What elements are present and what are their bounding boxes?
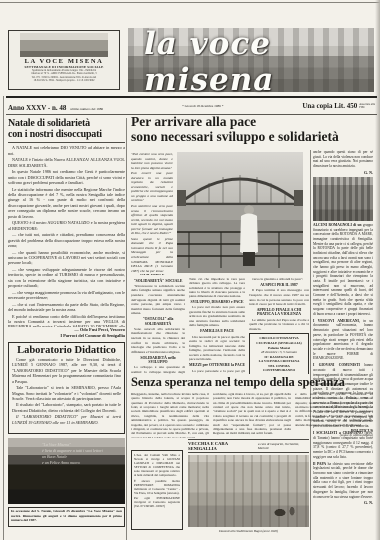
feature-title: VECCHIA E CARA SENIGALLIA — [188, 441, 256, 451]
paragraph: Il Papa termina il suo messaggio con l'a… — [249, 288, 309, 306]
subhead: SOLIDARIETÀ nello SVILUPPO — [131, 356, 185, 365]
article-title-line: con i nostri disoccupati — [8, 129, 125, 140]
greeting-text: "La Voce Misena" è lieta di augurare a t… — [42, 442, 103, 466]
page-fold-rule — [3, 96, 4, 540]
brief-text: hanno accusato di nuovo tutti i temporeg… — [313, 363, 373, 428]
sea-greeting-photo: "La Voce Misena" è lieta di augurare a t… — [8, 438, 125, 504]
laboratorio-box: Laboratorio Didattico Come già comunicat… — [8, 342, 125, 434]
article-column: sorridente, ogni mano è lavoro, si sa, p… — [213, 392, 291, 438]
subhead: APPELLO FINALE A CHI PRATICA LA VIOLENZA — [249, 308, 309, 317]
paragraph: Il risultato del "Laboratorio", stampato… — [12, 402, 121, 413]
bullet-item: — che si curi l'interessamento da parte … — [8, 302, 125, 313]
caption-body: gruppo finanziario si sarebbero impegnat… — [313, 223, 373, 316]
paragraph: L'Ass. dei Comuni Valli Misa e Nevola si… — [134, 453, 180, 477]
photo-caption: ALCUNI ROMAGNOLI di un gruppo finanziari… — [313, 223, 373, 316]
brief-lead: Il PAPA — [313, 462, 326, 466]
holiday-notice-box: In occasione del S. Natale, Giovedì 25 d… — [8, 507, 125, 527]
paragraph: In questo Natale 1986 noi crediamo che G… — [8, 169, 125, 185]
paragraph: A NATALE noi celebriamo DIO VENUTO ad ab… — [8, 145, 125, 156]
news-brief: Il PAPA ha chiesto una revisione delle l… — [313, 462, 373, 499]
brief-text: (prov. di Taranto) hanno conquistato una… — [313, 431, 373, 458]
news-brief: I GIOVANI COMUNISTI hanno accusato di nu… — [313, 363, 373, 428]
brief-lead: I GIOVANI COMUNISTI — [313, 363, 360, 367]
feature-curators: a cura di Gasparini, Occhialini, Mariott… — [258, 442, 309, 450]
subhead: "SOLIDARIETÀ" SOCIALE — [131, 279, 185, 283]
issue-number: Anno XXXV - n. 48 — [8, 104, 66, 112]
paragraph: Tale "Laboratorio" si terrà in SEMINARIO… — [12, 385, 121, 401]
left-column: Natale di solidarietà con i nostri disoc… — [8, 118, 125, 540]
article-body: A NATALE noi celebriamo DIO VENUTO ad ab… — [8, 145, 125, 327]
paragraph: E poiché ci rendiamo conto delle diffico… — [8, 314, 125, 328]
subhead: SVILUPPO, DISARMO e PACE — [189, 300, 245, 304]
greeting-line: e un Felice Anno nuovo — [42, 460, 103, 466]
paragraph: Sono ostacoli alla solidarietà le manife… — [131, 327, 185, 354]
paragraph: Il "LABORATORIO DIDATTICO" per Maestri s… — [12, 414, 121, 425]
paragraph: Le ultime parole del Papa sono rivolte a… — [249, 318, 309, 332]
brief-lead: I VESCOVI AMERICANI, — [313, 319, 360, 323]
subhead: MEZZI per OTTENERE la PACE — [189, 363, 245, 367]
bullet-item: — che tutti noi, autorità e cittadini, p… — [8, 232, 125, 248]
pope-photo-caption: Tutto ciò che impedisce la vera pace dic… — [189, 277, 245, 298]
paragraph: È ancora possibile inoltre PRESENTARE DO… — [134, 479, 180, 495]
bullet-item: — che vengano sviluppate adeguatamente l… — [8, 267, 125, 289]
logo-title: LA VOCE MISENA — [12, 58, 116, 65]
page-edge-shade — [375, 0, 380, 540]
copy-price: Una copia Lit. 450 — [302, 102, 357, 110]
paragraph: Lo sviluppo è una questione di uomini: l… — [131, 365, 185, 374]
main-headline: Per arrivare alla pace sono necessari sv… — [131, 115, 374, 145]
brief-lead: I SOCIALISTI a CRISPIANO — [313, 431, 363, 435]
cinema-org: CULTURALE (SENIGALLIA) — [251, 341, 307, 346]
subhead: "OSTACOLI" alla SOLIDARIETÀ — [131, 317, 185, 326]
paragraph: La pace personale e la pace per gli altr… — [189, 369, 245, 374]
bullet-item: — che quanti hanno possibilità economich… — [8, 250, 125, 266]
paragraph: Come già comunicato a tutte le Direzioni… — [12, 357, 121, 384]
feature-header: VECCHIA E CARA SENIGALLIA a cura di Gasp… — [188, 439, 309, 453]
masthead-title: la voce misena — [144, 26, 374, 98]
paragraph: Può stabilirsi una vera pace senza il ri… — [131, 204, 173, 236]
logo-address-line: 18.XI.1952 n. 3394 - Stampa in proprio -… — [12, 79, 116, 82]
pope-bridge-photo — [177, 152, 303, 273]
pace-intro-column: "Può esistere una vera pace, quando uomi… — [131, 152, 173, 275]
theme-subhead: "SVILUPPO E SOLIDARIETÀ, DUE CHIAVI DELL… — [131, 274, 173, 275]
brief-text: ha chiesto una revisione delle legislazi… — [313, 462, 373, 499]
cinema-films-intro: 3 Films di Ermanno Olmi: — [251, 373, 307, 374]
group-photo — [313, 177, 373, 221]
issue-date: * Giovedì 18 dicembre 1986 * — [182, 104, 223, 108]
page-top-rule — [0, 2, 380, 3]
signature: G. N. — [313, 500, 373, 505]
paragraph: Le statistiche informano che mentre nell… — [8, 187, 125, 220]
news-brief: I VESCOVI AMERICANI, in un documento sul… — [313, 319, 373, 361]
paragraph: "Può esistere una vera pace, quando uomi… — [131, 152, 173, 170]
masthead-photo: la voce misena — [128, 28, 374, 92]
historic-photo — [188, 455, 309, 527]
news-brief: I SOCIALISTI a CRISPIANO (prov. di Taran… — [313, 431, 373, 459]
paragraph: Può esserci una pace duratura in un mond… — [131, 171, 173, 203]
pace-column-b: Tutto ciò che impedisce la vera pace dic… — [189, 277, 245, 374]
historic-photo-caption: Davanti allo Stabilimento Bagni (anni 19… — [188, 529, 309, 533]
masthead-logo-box: LA VOCE MISENA SETTIMANALE DI INFORMAZIO… — [8, 30, 120, 90]
paragraph: anche quando questi siano di per sé gius… — [313, 150, 373, 169]
article-natale: Natale di solidarietà con i nostri disoc… — [8, 118, 125, 339]
right-column: anche quando questi siano di per sé gius… — [313, 150, 373, 540]
signature: I Parroci del Comune di Senigallia — [8, 333, 125, 339]
paragraph: NATALE è l'inizio della Nuova ALLEANZA! … — [8, 157, 125, 168]
cinema-ad-box: CIRCOLO D'INIZIATIVA CULTURALE (SENIGALL… — [249, 333, 309, 374]
pace-column-c: verso la giustizia e abbondi la pace". A… — [249, 277, 309, 374]
issue-note: ultimo numero del 1986 — [70, 107, 103, 111]
headline-line: sono necessari sviluppo e solidarietà — [131, 130, 374, 145]
bullet-item: — che venga maggiormente promossa la via… — [8, 290, 125, 301]
column-rule — [310, 150, 311, 540]
greeting-line: è lieta di augurare a tutti i suoi letto… — [42, 448, 103, 454]
article-title-line: Natale di solidarietà — [8, 118, 125, 129]
pace-article-top: "Può esistere una vera pace, quando uomi… — [131, 152, 309, 275]
price-note: FISC — [359, 106, 365, 109]
signature: G. N. — [313, 170, 373, 175]
newspaper-page: LA VOCE MISENA SETTIMANALE DI INFORMAZIO… — [0, 0, 380, 540]
subhead: FAMIGLIA E PACE — [189, 329, 245, 333]
title-rule — [8, 142, 125, 143]
paragraph: Una necessità per la pace è quella che e… — [189, 335, 245, 362]
subhead: AUSPICI PER IL 1987 — [249, 283, 309, 287]
town-sketch-image — [20, 33, 108, 57]
paragraph: Per ogni INFORMAZIONE rivolgersi al Cons… — [134, 496, 180, 508]
paragraph: "Riconoscere la solidarietà sociale dell… — [131, 284, 185, 316]
pope-bridge-illustration — [177, 152, 303, 273]
pace-column-a: "SOLIDARIETÀ" SOCIALE "Riconoscere la so… — [131, 277, 185, 374]
paragraph: QUESTO è il nostro AUGURIO NATALIZIO e l… — [8, 220, 125, 231]
pace-article-body: "SOLIDARIETÀ" SOCIALE "Riconoscere la so… — [131, 277, 309, 374]
paragraph: Sono queste le prime domande che il Papa… — [131, 237, 173, 273]
laboratorio-title: Laboratorio Didattico — [12, 345, 121, 356]
brief-text: in un documento sull'economia, hanno den… — [313, 319, 373, 360]
article-column: Rileggendo, insieme, nella brochure invi… — [131, 392, 209, 438]
consorzio-ad-box: L'Ass. dei Comuni Valli Misa e Nevola si… — [131, 450, 183, 530]
paragraph: La pace nel mondo non può essere garanti… — [189, 305, 245, 328]
headline-line: Per arrivare alla pace — [131, 115, 374, 130]
infobar: Anno XXXV - n. 48 ultimo numero del 1986… — [6, 96, 377, 115]
column-rule — [126, 118, 127, 540]
caption-lead: ALCUNI ROMAGNOLI di un — [313, 223, 361, 227]
paragraph: verso la giustizia e abbondi la pace". — [249, 277, 309, 282]
vecchia-senigallia-feature: VECCHIA E CARA SENIGALLIA a cura di Gasp… — [188, 439, 309, 533]
